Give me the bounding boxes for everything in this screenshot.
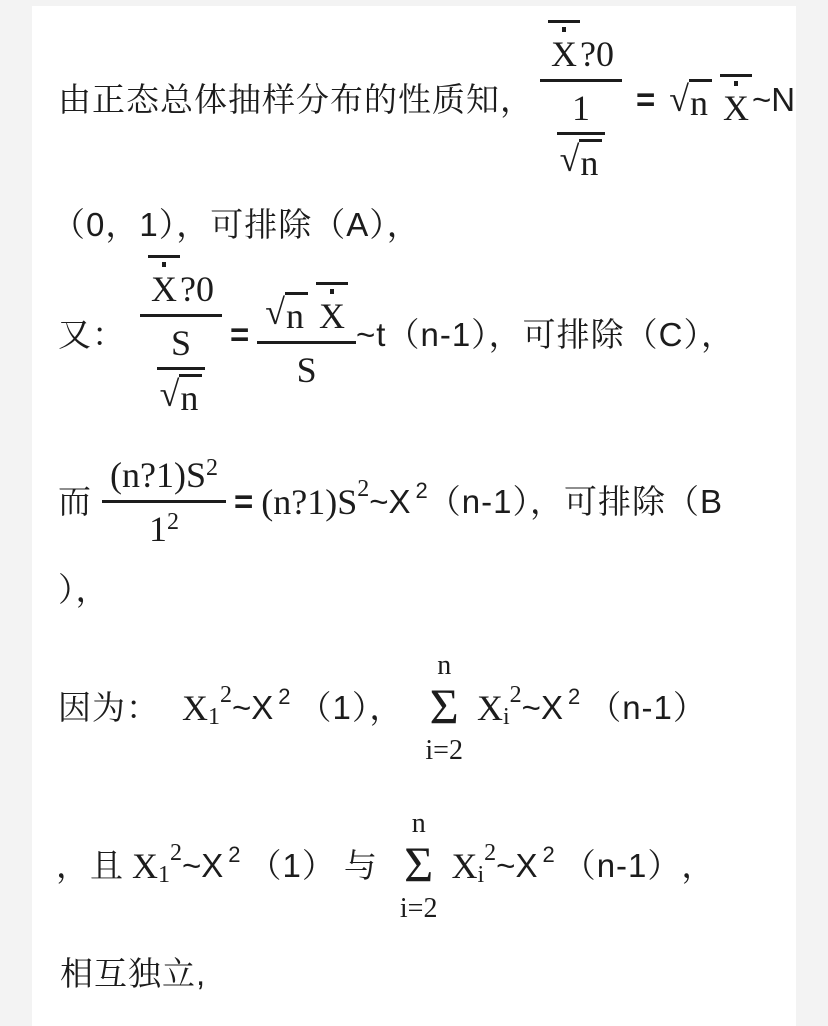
sqrt-n: √n bbox=[160, 374, 203, 416]
lead-text-7: ，且 bbox=[56, 846, 124, 886]
exclude-B-text: （n-1），可排除（B bbox=[428, 482, 723, 522]
lead-text-4: 而 bbox=[58, 482, 92, 522]
chi-symbol: X bbox=[251, 689, 273, 727]
minus-zero: ?0 bbox=[580, 36, 614, 72]
subscript-1: 1 bbox=[208, 705, 220, 729]
t-distribution-exclude-C: ~t（n-1），可排除（C）， bbox=[356, 315, 735, 355]
sum-lower-limit: i=2 bbox=[400, 895, 438, 923]
tilde: ~ bbox=[182, 847, 201, 885]
chi-symbol: X bbox=[515, 847, 537, 885]
exclude-A-text: （0，1），可排除（A）， bbox=[52, 205, 421, 245]
den-S: S bbox=[297, 344, 317, 388]
superscript-2: 2 bbox=[206, 456, 218, 480]
radical-sign: √ bbox=[560, 141, 580, 177]
arg-n-minus-1: （n-1） bbox=[563, 846, 682, 886]
rhs-n1s: (n?1)S bbox=[261, 484, 357, 520]
sigma-symbol: Σ bbox=[430, 684, 459, 729]
superscript-2: 2 bbox=[167, 510, 179, 534]
closing-paren-comma: ）， bbox=[58, 570, 110, 610]
superscript-2: 2 bbox=[228, 844, 240, 866]
arg-n-minus-1: （n-1） bbox=[588, 688, 707, 728]
sigma-symbol: Σ bbox=[404, 842, 433, 887]
x1-symbol: X bbox=[182, 690, 208, 726]
tilde: ~ bbox=[522, 689, 541, 727]
sqrt-n: √n bbox=[560, 139, 603, 181]
statement-line-4: 而 (n?1)S2 12 = (n?1)S2 ~ X2 （n-1），可排除（B bbox=[58, 438, 723, 566]
sqrt-n-rhs: √n bbox=[669, 79, 712, 121]
radical-sign: √ bbox=[669, 81, 689, 117]
superscript-2: 2 bbox=[357, 477, 369, 501]
nested-fraction-bar bbox=[157, 367, 205, 370]
xi-symbol: X bbox=[477, 690, 503, 726]
equals-sign: = bbox=[230, 316, 249, 354]
sum-upper-limit: n bbox=[412, 810, 426, 838]
denominator-1: 1 bbox=[149, 511, 167, 547]
superscript-2: 2 bbox=[510, 683, 522, 707]
subscript-1: 1 bbox=[158, 863, 170, 887]
statement-line-5: ）， bbox=[58, 564, 110, 616]
statement-line-3: 又： X?0 S √n = √n X S ~t（n-1），可排除（C）， bbox=[58, 246, 735, 424]
radical-sign: √ bbox=[160, 376, 180, 412]
superscript-2: 2 bbox=[220, 683, 232, 707]
superscript-2: 2 bbox=[416, 480, 428, 502]
subscript-i: i bbox=[503, 705, 510, 729]
minus-zero: ?0 bbox=[180, 271, 214, 307]
statement-line-1: 由正态总体抽样分布的性质知， X?0 1 √n = √n X ~N bbox=[58, 8, 795, 192]
radical-sign: √ bbox=[265, 294, 285, 330]
chi-symbol: X bbox=[201, 847, 223, 885]
x-bar-dot: X bbox=[148, 255, 180, 307]
lead-text-6: 因为： bbox=[58, 688, 160, 728]
superscript-2: 2 bbox=[170, 841, 182, 865]
sum-lower-limit: i=2 bbox=[425, 737, 463, 765]
subscript-i: i bbox=[477, 863, 484, 887]
summation-i2-n: n Σ i=2 bbox=[400, 810, 438, 923]
summation-i2-n: n Σ i=2 bbox=[425, 652, 463, 765]
arg-1-comma: （1）， bbox=[299, 688, 404, 728]
statement-line-6: 因为： X12 ~ X2 （1）， n Σ i=2 Xi2 ~ X2 （n-1） bbox=[58, 642, 707, 774]
statement-line-7: ，且 X12 ~ X2 （1） 与 n Σ i=2 Xi2 ~ X2 （n-1）… bbox=[56, 796, 715, 936]
trailing-comma: ， bbox=[681, 846, 715, 886]
statement-line-8: 相互独立, bbox=[60, 948, 206, 1000]
superscript-2: 2 bbox=[484, 841, 496, 865]
den-one: 1 bbox=[572, 90, 590, 126]
x1-symbol: X bbox=[132, 848, 158, 884]
den-S: S bbox=[171, 325, 191, 361]
superscript-2: 2 bbox=[542, 844, 554, 866]
chi-symbol: X bbox=[541, 689, 563, 727]
lead-text-3: 又： bbox=[58, 315, 126, 355]
xi-symbol: X bbox=[451, 848, 477, 884]
conjunction-yu: 与 bbox=[344, 846, 378, 886]
fraction-sqrt-n-xbar-over-s: √n X S bbox=[257, 282, 356, 388]
x-bar-dot: X bbox=[316, 282, 348, 334]
tilde: ~ bbox=[496, 847, 515, 885]
superscript-2: 2 bbox=[278, 686, 290, 708]
nested-fraction-bar bbox=[557, 132, 605, 135]
fraction-xbar-over-s-over-sqrt-n: X?0 S √n bbox=[140, 255, 222, 416]
x-bar-dot: X bbox=[720, 74, 752, 126]
equals-sign: = bbox=[234, 483, 253, 521]
fraction-xbar-over-one-over-sqrt-n: X?0 1 √n bbox=[540, 20, 622, 181]
chi-symbol: X bbox=[389, 483, 411, 521]
statement-line-2: （0，1），可排除（A）， bbox=[52, 198, 421, 252]
x-bar-dot: X bbox=[548, 20, 580, 72]
lead-text-1: 由正态总体抽样分布的性质知， bbox=[58, 80, 534, 120]
arg-1: （1） bbox=[249, 846, 336, 886]
sqrt-n: √n bbox=[265, 292, 308, 334]
sum-upper-limit: n bbox=[437, 652, 451, 680]
tilde: ~ bbox=[369, 483, 388, 521]
equals-sign: = bbox=[636, 81, 655, 119]
mutually-independent-text: 相互独立, bbox=[60, 954, 206, 994]
distribution-N: ~N bbox=[752, 81, 795, 119]
fraction-n1s2-over-1sq: (n?1)S2 12 bbox=[102, 457, 226, 547]
superscript-2: 2 bbox=[568, 686, 580, 708]
numerator-n1s: (n?1)S bbox=[110, 457, 206, 493]
tilde: ~ bbox=[232, 689, 251, 727]
